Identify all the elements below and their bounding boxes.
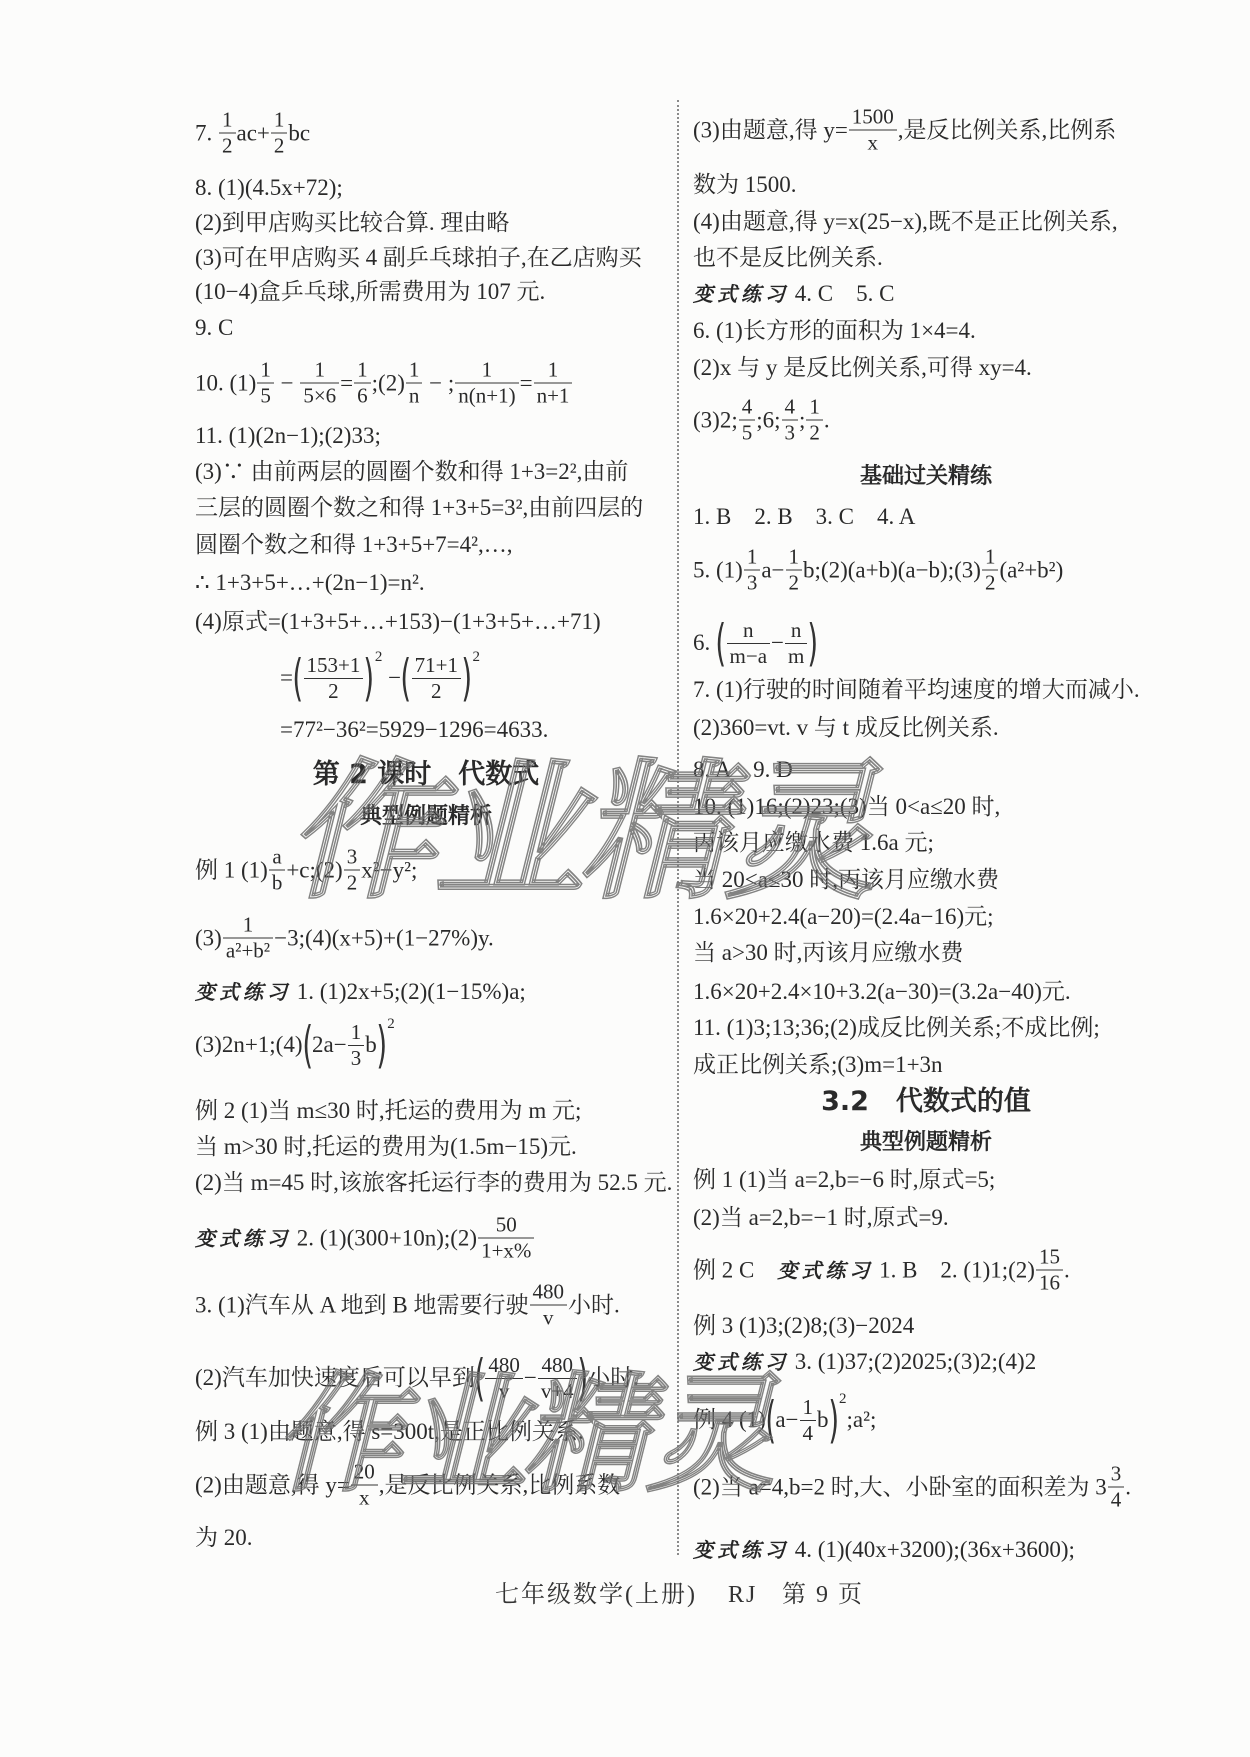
text-segment: (4)原式=(1+3+5+…+153)−(1+3+5+…+71): [195, 608, 601, 636]
fraction: 20x: [351, 1461, 378, 1510]
fraction: ab: [269, 846, 286, 895]
answer-line: (2)当 m=45 时,该旅客托运行李的费用为 52.5 元.: [195, 1169, 672, 1197]
fraction-denominator: 2: [806, 421, 823, 445]
fraction-numerator: 480: [485, 1354, 523, 1379]
text-segment: 也不是反比例关系.: [693, 244, 883, 272]
fraction-denominator: x: [351, 1486, 378, 1510]
fraction-denominator: 5: [739, 421, 756, 445]
exercise-label: 变式练习: [777, 1256, 873, 1284]
fraction: nm: [785, 619, 807, 668]
answer-line: 数为 1500.: [693, 171, 797, 199]
answer-line: (3)2n+1;(4) ( 2a− 13 b ) 2: [195, 1017, 395, 1073]
answer-line: (3)2; 45 ;6; 43 ; 12 .: [693, 396, 830, 445]
answer-line: (2)由题意,得 y= 20x ,是反比例关系,比例系数: [195, 1461, 620, 1510]
fraction: 13: [744, 546, 761, 595]
fraction-numerator: 1: [800, 1396, 817, 1421]
answer-line: 例 3 (1)3;(2)8;(3)−2024: [693, 1312, 914, 1340]
fraction-denominator: 16: [1036, 1271, 1063, 1295]
fraction-numerator: 1500: [849, 106, 897, 131]
answer-line: 9. C: [195, 314, 233, 342]
fraction: 480v: [530, 1281, 568, 1330]
answer-line: ∴ 1+3+5+…+(2n−1)=n².: [195, 569, 425, 597]
fraction: 1516: [1036, 1246, 1063, 1295]
fraction-numerator: n: [785, 619, 807, 644]
answer-line: 当 a>30 时,丙该月应缴水费: [693, 939, 963, 967]
answer-line: 丙该月应缴水费 1.6a 元;: [693, 829, 934, 857]
text-segment: a−: [761, 556, 784, 584]
fraction-numerator: 1: [744, 546, 761, 571]
fraction-denominator: 4: [800, 1421, 817, 1445]
text-segment: 小时.: [587, 1364, 639, 1392]
answer-line: 11. (1)(2n−1);(2)33;: [195, 422, 381, 450]
answer-line: (3)由题意,得 y= 1500x ,是反比例关系,比例系: [693, 106, 1116, 155]
big-paren: ): [577, 1350, 588, 1406]
text-segment: =: [340, 369, 353, 397]
text-segment: ;6;: [756, 406, 780, 434]
text-segment: ∴ 1+3+5+…+(2n−1)=n².: [195, 569, 425, 597]
fraction: 32: [344, 846, 361, 895]
fraction-numerator: 1: [806, 396, 823, 421]
fraction-numerator: 1: [223, 914, 273, 939]
answer-line: (4)由题意,得 y=x(25−x),既不是正比例关系,: [693, 208, 1118, 236]
big-paren: ): [376, 1017, 387, 1073]
fraction-denominator: 2: [219, 134, 236, 158]
text-segment: ,是反比例关系,比例系数: [379, 1471, 621, 1499]
answer-line: 当 m>30 时,托运的费用为(1.5m−15)元.: [195, 1133, 577, 1161]
text-segment: 例 2 (1)当 m≤30 时,托运的费用为 m 元;: [195, 1097, 581, 1125]
text-segment: .: [824, 406, 830, 434]
answer-line: 例 3 (1)由题意,得 s=300t,是正比例关系.: [195, 1418, 584, 1446]
text-segment: 2a−: [312, 1031, 347, 1059]
answer-line: 10. (1) 15 − 15×6 = 16 ;(2) 1n − ; 1n(n+…: [195, 359, 573, 408]
answer-line: 为 20.: [195, 1524, 253, 1552]
text-segment: 1. B 2. (1)1;(2): [873, 1256, 1035, 1284]
text-segment: .: [1125, 1473, 1131, 1501]
text-segment: 3. (1)汽车从 A 地到 B 地需要行驶: [195, 1291, 529, 1319]
exercise-label: 变式练习: [195, 978, 291, 1006]
answer-line: 变式练习 2. (1)(300+10n);(2) 501+x%: [195, 1214, 535, 1263]
text-segment: (10−4)盒乒乓球,所需费用为 107 元.: [195, 278, 545, 306]
text-segment: (2)当 m=45 时,该旅客托运行李的费用为 52.5 元.: [195, 1169, 672, 1197]
fraction: 13: [348, 1021, 365, 1070]
text-segment: (2)由题意,得 y=: [195, 1471, 350, 1499]
answer-line: 7. 12 ac+ 12 bc: [195, 109, 310, 158]
text-segment: 例 2 C: [693, 1256, 777, 1284]
fraction: 1500x: [849, 106, 897, 155]
fraction-numerator: 480: [538, 1354, 577, 1379]
text-segment: 小时.: [568, 1291, 620, 1319]
text-segment: 11. (1)3;13;36;(2)成反比例关系;不成比例;: [693, 1014, 1100, 1042]
text-segment: −: [275, 369, 299, 397]
section-heading: 典型例题精析: [693, 1129, 1159, 1157]
answer-line: 6. ( nm−a − nm ): [693, 615, 818, 671]
fraction-numerator: 71+1: [412, 654, 461, 679]
fraction-numerator: 50: [478, 1214, 534, 1239]
fraction-denominator: a²+b²: [223, 939, 273, 963]
text-segment: 丙该月应缴水费 1.6a 元;: [693, 829, 934, 857]
big-paren: (: [302, 1017, 313, 1073]
text-segment: =77²−36²=5929−1296=4633.: [280, 716, 548, 744]
text-segment: b: [365, 1031, 377, 1059]
fraction-numerator: 1: [406, 359, 423, 384]
fraction-numerator: 1: [300, 359, 339, 384]
fraction: 1a²+b²: [223, 914, 273, 963]
fraction-denominator: 6: [354, 384, 371, 408]
answer-line: 8. (1)(4.5x+72);: [195, 174, 343, 202]
big-paren: (: [474, 1350, 485, 1406]
fraction: 12: [219, 109, 236, 158]
text-segment: 三层的圆圈个数之和得 1+3+5=3²,由前四层的: [195, 494, 643, 522]
text-segment: (2)当 a=2,b=−1 时,原式=9.: [693, 1204, 949, 1232]
fraction-numerator: a: [269, 846, 286, 871]
text-segment: 8. A 9. D: [693, 756, 793, 784]
chapter-title: 3.2 代数式的值: [693, 1085, 1159, 1119]
text-segment: 8. (1)(4.5x+72);: [195, 174, 343, 202]
fraction: 14: [800, 1396, 817, 1445]
big-paren: ): [828, 1392, 839, 1448]
fraction-numerator: 480: [530, 1281, 568, 1306]
fraction: 501+x%: [478, 1214, 534, 1263]
answer-line: 圆圈个数之和得 1+3+5+7=4²,…,: [195, 531, 513, 559]
fraction-denominator: 2: [304, 679, 364, 703]
exercise-label: 变式练习: [195, 1224, 291, 1252]
section-heading: 基础过关精练: [693, 463, 1159, 491]
text-segment: .: [1064, 1256, 1070, 1284]
fraction-denominator: x: [849, 131, 897, 155]
big-paren: ): [364, 650, 375, 706]
fraction-numerator: 1: [271, 109, 288, 134]
answer-line: (10−4)盒乒乓球,所需费用为 107 元.: [195, 278, 545, 306]
text-segment: 当 a>30 时,丙该月应缴水费: [693, 939, 963, 967]
text-segment: 圆圈个数之和得 1+3+5+7=4²,…,: [195, 531, 513, 559]
fraction-denominator: n: [406, 384, 423, 408]
answer-line: (2)当 a=2,b=−1 时,原式=9.: [693, 1204, 949, 1232]
fraction-numerator: 1: [219, 109, 236, 134]
text-segment: (3)2;: [693, 406, 738, 434]
answer-line: (2)x 与 y 是反比例关系,可得 xy=4.: [693, 354, 1032, 382]
text-segment: b: [817, 1406, 829, 1434]
answer-line: 7. (1)行驶的时间随着平均速度的增大而减小.: [693, 676, 1140, 704]
text-segment: ac+: [237, 119, 270, 147]
answer-line: 变式练习 4. (1)(40x+3200);(36x+3600);: [693, 1536, 1075, 1564]
fraction: 12: [271, 109, 288, 158]
text-segment: (3): [195, 924, 222, 952]
text-segment: (3)由题意,得 y=: [693, 116, 848, 144]
text-segment: bc: [288, 119, 310, 147]
text-segment: 6. (1)长方形的面积为 1×4=4.: [693, 317, 976, 345]
superscript: 2: [839, 1392, 847, 1407]
fraction: 34: [1108, 1463, 1125, 1512]
fraction-denominator: 3: [744, 571, 761, 595]
text-segment: 9. C: [195, 314, 233, 342]
text-segment: − ;: [423, 369, 454, 397]
big-paren: (: [292, 650, 303, 706]
text-segment: 7. (1)行驶的时间随着平均速度的增大而减小.: [693, 676, 1140, 704]
answer-line: 例 1 (1)当 a=2,b=−6 时,原式=5;: [693, 1166, 995, 1194]
fraction-denominator: b: [269, 871, 286, 895]
fraction: 153+12: [304, 654, 364, 703]
answer-line: (2)当 a=4,b=2 时,大、小卧室的面积差为 3 34 .: [693, 1463, 1131, 1512]
text-segment: 4. (1)(40x+3200);(36x+3600);: [789, 1536, 1075, 1564]
text-segment: 1. (1)2x+5;(2)(1−15%)a;: [291, 978, 526, 1006]
text-segment: 1.6×20+2.4(a−20)=(2.4a−16)元;: [693, 903, 994, 931]
fraction-denominator: 4: [1108, 1488, 1125, 1512]
fraction-denominator: v: [530, 1306, 568, 1330]
fraction: 45: [739, 396, 756, 445]
text-segment: 10. (1)16;(2)23;(3)当 0<a≤20 时,: [693, 793, 1000, 821]
text-segment: 3. (1)37;(2)2025;(3)2;(4)2: [789, 1348, 1036, 1376]
text-segment: −: [771, 629, 784, 657]
text-segment: 例 3 (1)3;(2)8;(3)−2024: [693, 1312, 914, 1340]
text-segment: +c;(2): [286, 856, 342, 884]
fraction-numerator: 1: [786, 546, 803, 571]
text-segment: 1. B 2. B 3. C 4. A: [693, 503, 915, 531]
footer-book-title: 七年级数学(上册): [495, 1580, 697, 1610]
text-segment: =: [280, 664, 293, 692]
text-segment: 例 3 (1)由题意,得 s=300t,是正比例关系.: [195, 1418, 584, 1446]
answer-line: 3. (1)汽车从 A 地到 B 地需要行驶 480v 小时.: [195, 1281, 620, 1330]
answer-line: 变式练习 1. (1)2x+5;(2)(1−15%)a;: [195, 978, 526, 1006]
text-segment: −: [382, 664, 401, 692]
text-segment: 10. (1): [195, 369, 256, 397]
fraction-denominator: n(n+1): [455, 384, 518, 408]
fraction-denominator: 5: [257, 384, 274, 408]
text-segment: 1.6×20+2.4×10+3.2(a−30)=(3.2a−40)元.: [693, 978, 1071, 1006]
fraction-denominator: 5×6: [300, 384, 339, 408]
answer-key-page: 7. 12 ac+ 12 bc 8. (1)(4.5x+72); (2)到甲店购…: [0, 0, 1250, 1757]
column-divider: [677, 100, 679, 1555]
text-segment: 6.: [693, 629, 716, 657]
fraction-denominator: m−a: [727, 644, 771, 668]
answer-line: 也不是反比例关系.: [693, 244, 883, 272]
text-segment: 数为 1500.: [693, 171, 797, 199]
answer-line: (3)∵ 由前两层的圆圈个数和得 1+3=2²,由前: [195, 458, 628, 486]
answer-line: 例 2 (1)当 m≤30 时,托运的费用为 m 元;: [195, 1097, 581, 1125]
answer-line: 6. (1)长方形的面积为 1×4=4.: [693, 317, 976, 345]
fraction-numerator: 153+1: [304, 654, 364, 679]
text-segment: 例 1 (1)当 a=2,b=−6 时,原式=5;: [693, 1166, 995, 1194]
fraction: 15×6: [300, 359, 339, 408]
fraction-numerator: 1: [348, 1021, 365, 1046]
superscript: 2: [472, 650, 480, 665]
fraction: 1n+1: [534, 359, 573, 408]
text-segment: 11. (1)(2n−1);(2)33;: [195, 422, 381, 450]
text-segment: 5. (1): [693, 556, 743, 584]
fraction-denominator: 2: [344, 871, 361, 895]
fraction: 16: [354, 359, 371, 408]
fraction-denominator: 3: [782, 421, 799, 445]
text-segment: 成正比例关系;(3)m=1+3n: [693, 1051, 943, 1079]
answer-line: 例 4 (1) ( a− 14 b ) 2 ;a²;: [693, 1392, 876, 1448]
superscript: 2: [387, 1017, 395, 1032]
fraction-denominator: 2: [786, 571, 803, 595]
fraction-numerator: 1: [354, 359, 371, 384]
text-segment: 为 20.: [195, 1524, 253, 1552]
big-paren: (: [715, 615, 726, 671]
answer-line: (3)可在甲店购买 4 副乒乓球拍子,在乙店购买: [195, 244, 642, 272]
fraction-numerator: 4: [739, 396, 756, 421]
text-segment: x²−y²;: [361, 856, 417, 884]
big-paren: (: [765, 1392, 776, 1448]
text-segment: (2)x 与 y 是反比例关系,可得 xy=4.: [693, 354, 1032, 382]
exercise-label: 变式练习: [693, 1536, 789, 1564]
text-segment: b;(2)(a+b)(a−b);(3): [803, 556, 981, 584]
fraction: nm−a: [727, 619, 771, 668]
fraction: 480v+4: [538, 1354, 577, 1403]
fraction-denominator: 2: [271, 134, 288, 158]
text-segment: 7.: [195, 119, 218, 147]
fraction: 15: [257, 359, 274, 408]
fraction: 1n: [406, 359, 423, 408]
fraction-numerator: 3: [1108, 1463, 1125, 1488]
text-segment: (4)由题意,得 y=x(25−x),既不是正比例关系,: [693, 208, 1118, 236]
text-segment: (3)2n+1;(4): [195, 1031, 303, 1059]
text-segment: ;(2): [372, 369, 405, 397]
text-segment: −3;(4)(x+5)+(1−27%)y.: [274, 924, 494, 952]
text-segment: (a²+b²): [999, 556, 1063, 584]
answer-line: = ( 153+12 ) 2 − ( 71+12 ) 2: [280, 650, 480, 706]
text-segment: (2)汽车加快速度后可以早到: [195, 1364, 475, 1392]
text-segment: 4. C 5. C: [789, 280, 894, 308]
fraction: 480v: [485, 1354, 523, 1403]
text-segment: 例 4 (1): [693, 1406, 766, 1434]
text-segment: 例 1 (1): [195, 856, 268, 884]
superscript: 2: [375, 650, 383, 665]
big-paren: (: [400, 650, 411, 706]
answer-line: 1.6×20+2.4×10+3.2(a−30)=(3.2a−40)元.: [693, 978, 1071, 1006]
answer-line: 变式练习 4. C 5. C: [693, 280, 894, 308]
answer-line: 11. (1)3;13;36;(2)成反比例关系;不成比例;: [693, 1014, 1100, 1042]
fraction-denominator: n+1: [534, 384, 573, 408]
text-segment: ;: [799, 406, 805, 434]
answer-line: =77²−36²=5929−1296=4633.: [280, 716, 548, 744]
answer-line: 8. A 9. D: [693, 756, 793, 784]
lesson-title: 第 2 课时 代数式: [195, 758, 657, 792]
text-segment: (2)360=vt. v 与 t 成反比例关系.: [693, 714, 999, 742]
text-segment: (2)当 a=4,b=2 时,大、小卧室的面积差为 3: [693, 1473, 1107, 1501]
fraction-denominator: 3: [348, 1046, 365, 1070]
answer-line: 1. B 2. B 3. C 4. A: [693, 503, 915, 531]
big-paren: ): [461, 650, 472, 706]
fraction-numerator: 4: [782, 396, 799, 421]
text-segment: 2. (1)(300+10n);(2): [291, 1224, 477, 1252]
fraction: 12: [982, 546, 999, 595]
answer-line: 成正比例关系;(3)m=1+3n: [693, 1051, 943, 1079]
answer-line: 10. (1)16;(2)23;(3)当 0<a≤20 时,: [693, 793, 1000, 821]
answer-line: 例 1 (1) ab +c;(2) 32 x²−y²;: [195, 846, 417, 895]
fraction-denominator: v: [485, 1379, 523, 1403]
fraction-denominator: v+4: [538, 1379, 577, 1403]
fraction-numerator: 1: [455, 359, 518, 384]
fraction-denominator: m: [785, 644, 807, 668]
fraction: 12: [806, 396, 823, 445]
fraction-numerator: 1: [257, 359, 274, 384]
footer-page-number: 第 9 页: [782, 1580, 864, 1610]
answer-line: 1.6×20+2.4(a−20)=(2.4a−16)元;: [693, 903, 994, 931]
answer-line: 三层的圆圈个数之和得 1+3+5=3²,由前四层的: [195, 494, 643, 522]
text-segment: ,是反比例关系,比例系: [898, 116, 1117, 144]
answer-line: (3) 1a²+b² −3;(4)(x+5)+(1−27%)y.: [195, 914, 494, 963]
text-segment: =: [520, 369, 533, 397]
text-segment: −: [524, 1364, 537, 1392]
answer-line: 例 2 C 变式练习 1. B 2. (1)1;(2) 1516 .: [693, 1246, 1070, 1295]
text-segment: (2)到甲店购买比较合算. 理由略: [195, 209, 509, 237]
fraction-numerator: n: [727, 619, 771, 644]
fraction-numerator: 15: [1036, 1246, 1063, 1271]
text-segment: a−: [775, 1406, 798, 1434]
section-heading: 典型例题精析: [195, 803, 657, 831]
big-paren: ): [808, 615, 819, 671]
text-segment: (3)可在甲店购买 4 副乒乓球拍子,在乙店购买: [195, 244, 642, 272]
text-segment: (3)∵ 由前两层的圆圈个数和得 1+3=2²,由前: [195, 458, 628, 486]
fraction-numerator: 3: [344, 846, 361, 871]
answer-line: (4)原式=(1+3+5+…+153)−(1+3+5+…+71): [195, 608, 601, 636]
fraction-denominator: 2: [412, 679, 461, 703]
fraction-denominator: 2: [982, 571, 999, 595]
fraction-numerator: 1: [982, 546, 999, 571]
text-segment: ;a²;: [847, 1406, 877, 1434]
fraction: 43: [782, 396, 799, 445]
fraction-numerator: 20: [351, 1461, 378, 1486]
answer-line: 当 20<a≤30 时,丙该月应缴水费: [693, 866, 999, 894]
exercise-label: 变式练习: [693, 280, 789, 308]
text-segment: 当 m>30 时,托运的费用为(1.5m−15)元.: [195, 1133, 577, 1161]
fraction: 71+12: [412, 654, 461, 703]
answer-line: (2)汽车加快速度后可以早到 ( 480v − 480v+4 ) 小时.: [195, 1350, 639, 1406]
exercise-label: 变式练习: [693, 1348, 789, 1376]
fraction-denominator: 1+x%: [478, 1239, 534, 1263]
text-segment: 当 20<a≤30 时,丙该月应缴水费: [693, 866, 999, 894]
answer-line: (2)到甲店购买比较合算. 理由略: [195, 209, 509, 237]
answer-line: (2)360=vt. v 与 t 成反比例关系.: [693, 714, 999, 742]
fraction: 1n(n+1): [455, 359, 518, 408]
fraction: 12: [786, 546, 803, 595]
footer-edition: RJ: [728, 1580, 757, 1610]
fraction-numerator: 1: [534, 359, 573, 384]
answer-line: 5. (1) 13 a− 12 b;(2)(a+b)(a−b);(3) 12 (…: [693, 546, 1063, 595]
answer-line: 变式练习 3. (1)37;(2)2025;(3)2;(4)2: [693, 1348, 1036, 1376]
